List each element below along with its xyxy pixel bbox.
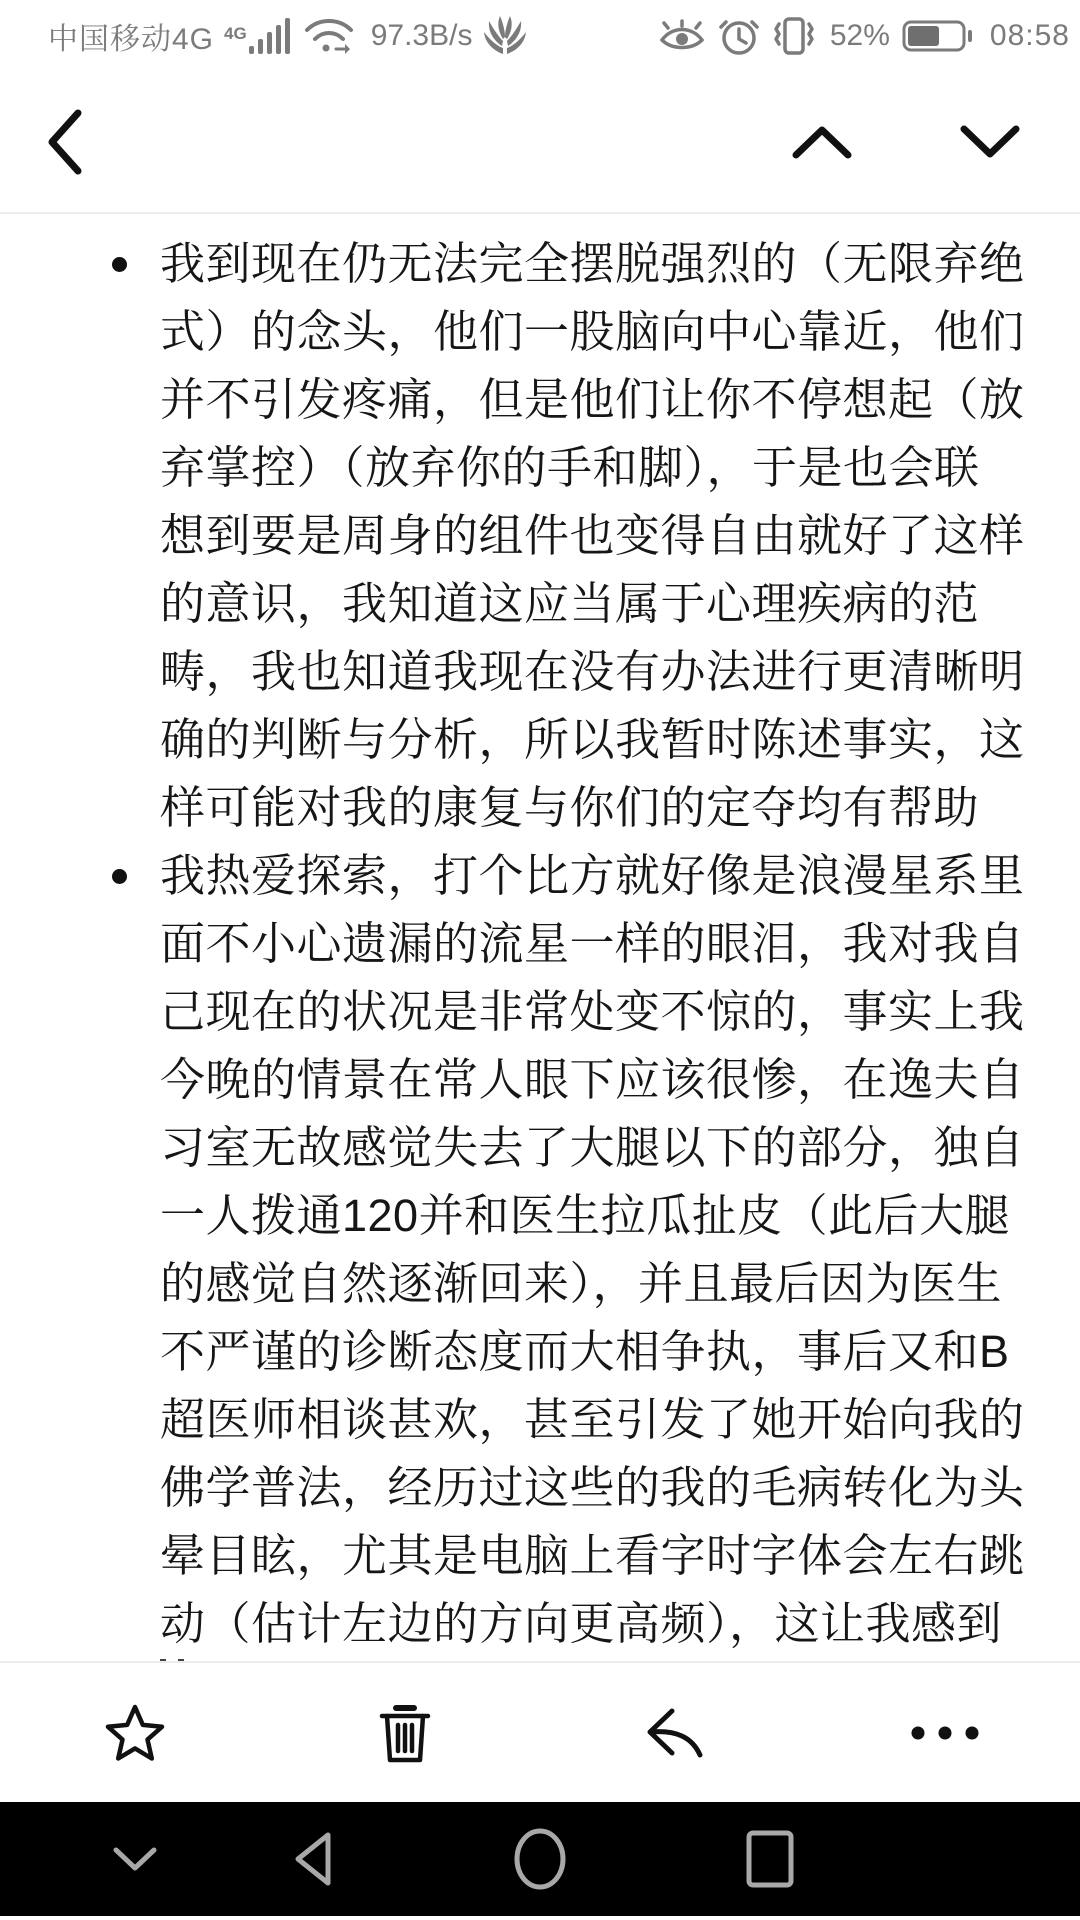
- network-badge: 4G: [224, 24, 247, 44]
- note-text-line: 弃掌控）（放弃你的手和脚），于是也会联: [160, 434, 1030, 502]
- note-text-line: 晕目眩，尤其是电脑上看字时字体会左右跳: [160, 1522, 1030, 1590]
- nav-back-icon[interactable]: [290, 1830, 334, 1888]
- note-text-line: 的感觉自然逐渐回来），并且最后因为医生: [160, 1250, 1030, 1318]
- nav-home-icon[interactable]: [511, 1828, 569, 1890]
- note-text-line: 佛学普法，经历过这些的我的毛病转化为头: [160, 1454, 1030, 1522]
- bottom-toolbar: [0, 1663, 1080, 1802]
- vibrate-icon: [772, 16, 816, 56]
- status-bar: 中国移动4G 4G 97.3B/s: [0, 0, 1080, 72]
- note-text-line: 习室无故感觉失去了大腿以下的部分，独自: [160, 1114, 1030, 1182]
- note-text-line: 畴，我也知道我现在没有办法进行更清晰明: [160, 638, 1030, 706]
- android-navbar: [0, 1802, 1080, 1916]
- bullet-paragraph: 我热爱探索，打个比方就好像是浪漫星系里面不小心遗漏的流星一样的眼泪，我对我自己现…: [160, 842, 1030, 1658]
- huawei-logo: [482, 16, 528, 56]
- note-text-line: 式）的念头，他们一股脑向中心靠近，他们: [160, 298, 1030, 366]
- note-text-line: 面不小心遗漏的流星一样的眼泪，我对我自: [160, 910, 1030, 978]
- clock-time: 08:58: [990, 19, 1070, 53]
- note-text-line: 不严谨的诊断态度而大相争执，事后又和B: [160, 1318, 1030, 1386]
- note-text-line: 一人拨通120并和医生拉瓜扯皮（此后大腿: [160, 1182, 1030, 1250]
- note-text-line: 确的判断与分析，所以我暂时陈述事实，这: [160, 706, 1030, 774]
- reply-icon[interactable]: [540, 1663, 810, 1802]
- expand-down-icon[interactable]: [958, 124, 1022, 160]
- note-text-line: 我热爱探索，打个比方就好像是浪漫星系里: [160, 842, 1030, 910]
- app-header: [0, 72, 1080, 214]
- more-ellipsis-icon[interactable]: [810, 1663, 1080, 1802]
- favorite-star-icon[interactable]: [0, 1663, 270, 1802]
- trash-icon[interactable]: [270, 1663, 540, 1802]
- note-text-line: 的意识，我知道这应当属于心理疾病的范: [160, 570, 1030, 638]
- note-text-line: 我到现在仍无法完全摆脱强烈的（无限弃绝: [160, 230, 1030, 298]
- note-text-line: 并不引发疼痛，但是他们让你不停想起（放: [160, 366, 1030, 434]
- clipped-next-line: [160, 1656, 200, 1661]
- eye-comfort-icon: [658, 18, 706, 54]
- hide-navbar-chevron-icon[interactable]: [111, 1845, 159, 1873]
- bullet-dot-icon: [112, 869, 127, 884]
- wifi-icon: [303, 16, 355, 56]
- collapse-up-icon[interactable]: [790, 124, 854, 160]
- bullet-dot-icon: [112, 257, 127, 272]
- note-text-line: 超医师相谈甚欢，甚至引发了她开始向我的: [160, 1386, 1030, 1454]
- network-speed: 97.3B/s: [371, 19, 473, 53]
- battery-icon: [902, 18, 974, 54]
- bullet-paragraph: 我到现在仍无法完全摆脱强烈的（无限弃绝式）的念头，他们一股脑向中心靠近，他们并不…: [160, 230, 1030, 842]
- note-text-line: 样可能对我的康复与你们的定夺均有帮助: [160, 774, 1030, 842]
- signal-bars-icon: 4G: [224, 18, 293, 54]
- note-text-line: 今晚的情景在常人眼下应该很惨，在逸夫自: [160, 1046, 1030, 1114]
- note-text-line: 想到要是周身的组件也变得自由就好了这样: [160, 502, 1030, 570]
- battery-percent: 52%: [830, 19, 890, 53]
- back-icon[interactable]: [40, 107, 88, 177]
- alarm-icon: [718, 16, 760, 56]
- note-text-line: 动（估计左边的方向更高频），这让我感到: [160, 1590, 1030, 1658]
- carrier-label: 中国移动4G: [48, 14, 214, 58]
- nav-recents-icon[interactable]: [745, 1829, 795, 1889]
- note-content: 我到现在仍无法完全摆脱强烈的（无限弃绝式）的念头，他们一股脑向中心靠近，他们并不…: [0, 214, 1080, 1661]
- note-text-line: 己现在的状况是非常处变不惊的，事实上我: [160, 978, 1030, 1046]
